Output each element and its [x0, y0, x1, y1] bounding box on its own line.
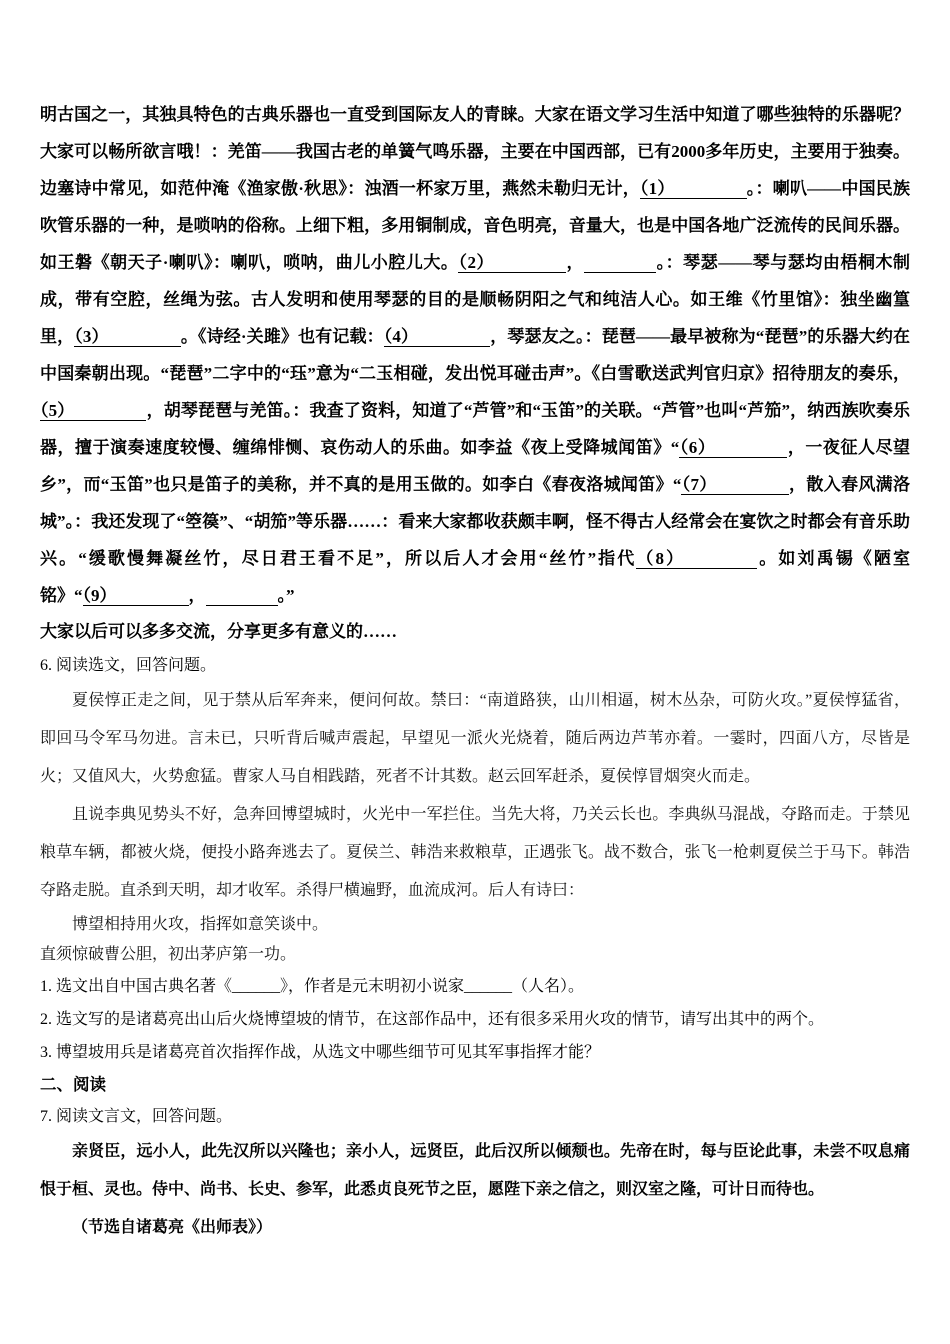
question-7: 7. 阅读文言文，回答问题。 [40, 1100, 910, 1133]
text-run: 6. 阅读选文，回答问题。 [40, 657, 216, 674]
passage-source: （节选自诸葛亮《出师表》） [40, 1209, 910, 1247]
blank-number-label: （2） [458, 253, 494, 272]
fill-in-blank [206, 586, 278, 606]
text-run: 1. 选文出自中国古典名著《______》，作者是元末明初小说家______（人… [40, 978, 584, 995]
fill-in-blank: （4） [384, 327, 490, 347]
text-run: 3. 博望坡用兵是诸葛亮首次指挥作战，从选文中哪些细节可见其军事指挥才能？ [40, 1044, 600, 1061]
fill-in-blank [584, 253, 656, 273]
fill-in-blank: （6） [679, 438, 787, 458]
poem-line-2: 直须惊破曹公胆，初出茅庐第一功。 [40, 940, 910, 970]
blank-number-label: （9） [83, 586, 117, 605]
fill-in-blank: （3） [74, 327, 180, 347]
text-run: 夏侯惇正走之间，见于禁从后军奔来，便问何故。禁曰：“南道路狭，山川相逼，树木丛杂… [40, 692, 910, 785]
passage-paragraph-2: 且说李典见势头不好，急奔回博望城时，火光中一军拦住。当先大将，乃关云长也。李典纵… [40, 796, 910, 910]
question-6-1: 1. 选文出自中国古典名著《______》，作者是元末明初小说家______（人… [40, 970, 910, 1003]
passage-paragraph-1: 夏侯惇正走之间，见于禁从后军奔来，便问何故。禁曰：“南道路狭，山川相逼，树木丛杂… [40, 682, 910, 796]
text-run: 。” [278, 586, 295, 605]
text-run: （节选自诸葛亮《出师表》） [72, 1219, 272, 1236]
fill-in-blank: （2） [458, 253, 566, 273]
text-run: 大家以后可以多多交流，分享更多有意义的…… [40, 622, 397, 641]
blank-number-label: （5） [40, 401, 74, 420]
section-heading: 二、阅读 [40, 1069, 910, 1100]
poem-line-1: 博望相持用火攻，指挥如意笑谈中。 [40, 910, 910, 940]
text-run: 二、阅读 [40, 1075, 106, 1094]
blank-number-label: （7） [681, 475, 716, 494]
fill-in-blank: （1） [640, 179, 747, 199]
text-run: 且说李典见势头不好，急奔回博望城时，火光中一军拦住。当先大将，乃关云长也。李典纵… [40, 806, 910, 899]
fill-in-blank: （9） [83, 586, 189, 606]
document-body: 明古国之一，其独具特色的古典乐器也一直受到国际友人的青睐。大家在语文学习生活中知… [0, 0, 950, 1247]
question-6-3: 3. 博望坡用兵是诸葛亮首次指挥作战，从选文中哪些细节可见其军事指挥才能？ [40, 1036, 910, 1069]
question-6: 6. 阅读选文，回答问题。 [40, 649, 910, 682]
question-6-2: 2. 选文写的是诸葛亮出山后火烧博望坡的情节，在这部作品中，还有很多采用火攻的情… [40, 1003, 910, 1036]
classical-passage: 亲贤臣，远小人，此先汉所以兴隆也；亲小人，远贤臣，此后汉所以倾颓也。先帝在时，每… [40, 1133, 910, 1209]
text-run: 博望相持用火攻，指挥如意笑谈中。 [72, 916, 328, 933]
text-run: 2. 选文写的是诸葛亮出山后火烧博望坡的情节，在这部作品中，还有很多采用火攻的情… [40, 1011, 824, 1028]
blank-number-label: （6） [679, 438, 715, 457]
fill-in-blank: （7） [681, 475, 788, 495]
blank-number-label: （1） [640, 179, 675, 198]
text-run: ， [566, 253, 584, 272]
text-run: 。《诗经·关雎》也有记载： [181, 327, 384, 346]
opening-paragraph: 明古国之一，其独具特色的古典乐器也一直受到国际友人的青睐。大家在语文学习生活中知… [40, 96, 910, 614]
text-run: 直须惊破曹公胆，初出茅庐第一功。 [40, 946, 296, 963]
closing-line: 大家以后可以多多交流，分享更多有意义的…… [40, 614, 910, 649]
blank-number-label: （3） [74, 327, 108, 346]
text-run: 亲贤臣，远小人，此先汉所以兴隆也；亲小人，远贤臣，此后汉所以倾颓也。先帝在时，每… [40, 1143, 910, 1198]
blank-number-label: （8） [636, 549, 685, 568]
text-run: 7. 阅读文言文，回答问题。 [40, 1108, 232, 1125]
fill-in-blank: （5） [40, 401, 146, 421]
blank-number-label: （4） [384, 327, 418, 346]
fill-in-blank: （8） [636, 549, 757, 569]
text-run: ， [189, 586, 206, 605]
